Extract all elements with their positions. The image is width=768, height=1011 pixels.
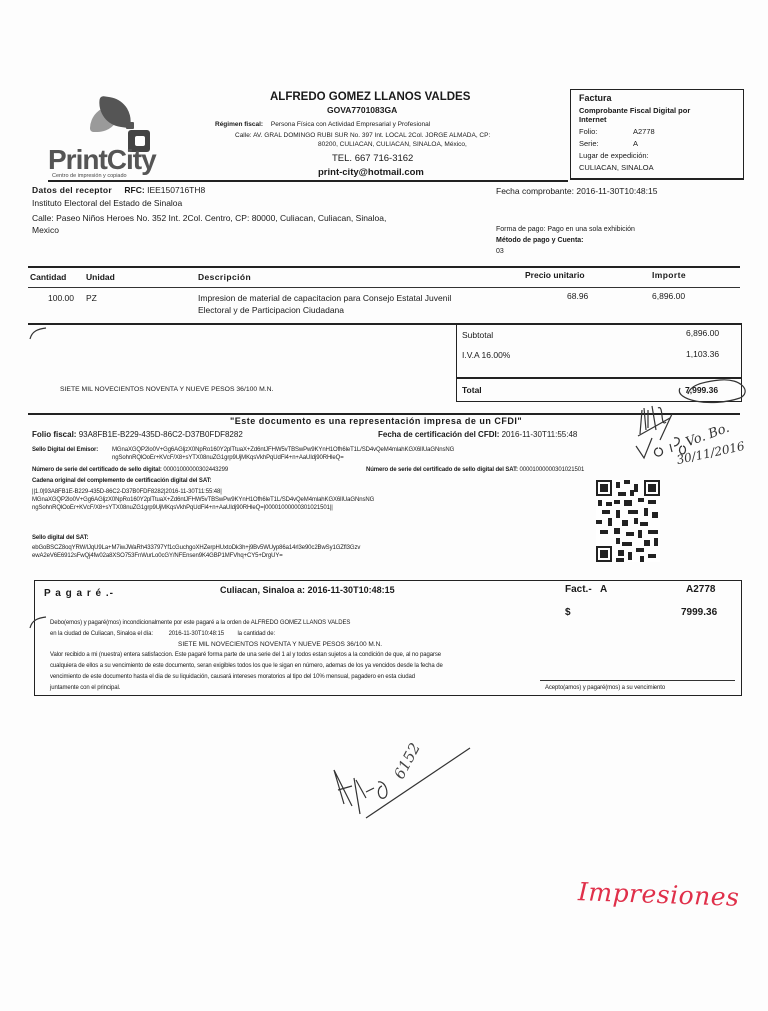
issuer-address-1: Calle: AV. GRAL DOMINGO RUBI SUR No. 397… (235, 132, 490, 139)
folio-fiscal-value: 93A8FB1E-B229-435D-86C2-D37B0FDF8282 (79, 430, 243, 439)
lugar-label: Lugar de expedición: (579, 151, 649, 160)
signature-line (540, 680, 735, 681)
serie-certificado-label: Número de serie del certificado de sello… (32, 467, 162, 473)
col-header-precio: Precio unitario (525, 270, 585, 280)
invoice-title: Factura (579, 93, 612, 103)
pagare-line2-prefix: en la ciudad de Culiacan, Sinaloa el día… (50, 631, 153, 637)
col-header-cantidad: Cantidad (30, 272, 66, 282)
iva-value: 1,103.36 (686, 349, 719, 359)
receiver-country: Mexico (32, 225, 59, 235)
col-header-descripcion: Descripción (198, 272, 251, 282)
forma-pago: Forma de pago: Pago en una sola exhibici… (496, 226, 635, 233)
row-importe: 6,896.00 (652, 291, 685, 301)
pagare-currency: $ (565, 607, 571, 618)
pagare-place-date: Culiacan, Sinaloa a: 2016-11-30T10:48:15 (220, 585, 395, 595)
lugar-value: CULIACAN, SINALOA (579, 163, 654, 172)
receiver-name: Instituto Electoral del Estado de Sinalo… (32, 198, 182, 208)
fecha-comprobante-value: 2016-11-30T10:48:15 (576, 186, 657, 196)
pagare-line2-date: 2016-11-30T10:48:15 (169, 631, 224, 637)
folio-fiscal: Folio fiscal: 93A8FB1E-B229-435D-86C2-D3… (32, 430, 243, 439)
logo-underline (48, 180, 568, 182)
table-header-rule (28, 287, 740, 288)
row-precio: 68.96 (567, 291, 588, 301)
logo-wordmark: PrintCity (48, 144, 156, 176)
serie-value: A (633, 139, 638, 148)
serie-certificado-sat-label: Número de serie del certificado de sello… (366, 467, 518, 473)
receiver-section-label: Datos del receptor (32, 185, 112, 195)
folio-label: Folio: (579, 127, 597, 136)
row-cantidad: 100.00 (48, 293, 74, 303)
sello-sat-label: Sello digital del SAT: (32, 535, 88, 541)
serie-certificado-value: 00001000000302443299 (163, 467, 228, 473)
serie-certificado: Número de serie del certificado de sello… (32, 467, 228, 473)
serie-certificado-sat: Número de serie del certificado de sello… (366, 467, 584, 473)
metodo-pago-value: 03 (496, 248, 504, 255)
issuer-logo: PrintCity Centro de impresión y copiado (48, 96, 198, 176)
issuer-name: ALFREDO GOMEZ LLANOS VALDES (270, 91, 470, 103)
metodo-pago-label: Método de pago y Cuenta: (496, 237, 584, 244)
sello-emisor-line1: MGnaXGQP2lo0V+Gg6AGljzX0NpRo160Y2plTtuaX… (112, 447, 454, 453)
serie-certificado-sat-value: 00001000000301021501 (519, 467, 584, 473)
table-top-rule (28, 266, 740, 268)
signature-caption: Acepto(amos) y pagaré(mos) a su vencimie… (545, 685, 665, 691)
pagare-line1: Debo(emos) y pagaré(mos) incondicionalme… (50, 620, 350, 626)
sello-sat-line1: ebGoBSCZ8oqYRW/lJqU9La+M7iwJWaRh433797Yf… (32, 545, 360, 551)
fecha-comprobante-label: Fecha comprobante: (496, 186, 574, 196)
scan-mark-left-1 (28, 325, 48, 345)
cfdi-heading: "Este documento es una representación im… (230, 416, 522, 426)
pagare-title: P a g a r é .- (44, 588, 114, 599)
forma-pago-value: Pago en una sola exhibición (547, 226, 635, 233)
cadena-label: Cadena original del complemento de certi… (32, 478, 211, 484)
pagare-line2-suffix: la cantidad de: (238, 631, 276, 637)
logo-tagline: Centro de impresión y copiado (52, 173, 127, 179)
row-descripcion-2: Electoral y de Participacion Ciudadana (198, 305, 344, 315)
issuer-address-2: 80200, CULIACAN, CULIACAN, SINALOA, Méxi… (318, 141, 467, 148)
handwritten-impresiones: Impresiones (578, 877, 740, 912)
regimen-label: Régimen fiscal: (215, 121, 263, 128)
pagare-amount: 7999.36 (681, 607, 717, 618)
invoice-subtitle: Comprobante Fiscal Digital por Internet (579, 106, 709, 124)
pagare-fact-label: Fact.- (565, 584, 592, 595)
sello-emisor-line2: ngSohnRQlOoEr+KVcF/X8+sYTX08nuZG1grp9UjM… (112, 455, 344, 461)
pagare-body1: Valor recibido a mi (nuestra) entera sat… (50, 652, 441, 658)
serie-label: Serie: (579, 139, 599, 148)
fecha-comprobante: Fecha comprobante: 2016-11-30T10:48:15 (496, 186, 657, 196)
sello-emisor-label: Sello Digital del Emisor: (32, 447, 98, 453)
fecha-certificacion-label: Fecha de certificación del CFDI: (378, 430, 499, 439)
iva-label: I.V.A 16.00% (462, 350, 510, 360)
row-unidad: PZ (86, 293, 97, 303)
subtotal-label: Subtotal (462, 330, 493, 340)
approval-note: Vo. Bo. 30/11/2016 (630, 400, 765, 470)
subtotal-value: 6,896.00 (686, 328, 719, 338)
pagare-fact-folio: A2778 (686, 584, 715, 595)
pagare-amount-words: SIETE MIL NOVECIENTOS NOVENTA Y NUEVE PE… (178, 641, 382, 648)
regimen-value: Persona Física con Actividad Empresarial… (271, 121, 430, 128)
issuer-rfc: GOVA7701083GA (327, 105, 397, 115)
scan-mark-left-2 (28, 614, 48, 634)
receiver-rfc-label: RFC: (124, 185, 144, 195)
total-label: Total (462, 385, 482, 395)
pagare-line2: en la ciudad de Culiacan, Sinaloa el día… (50, 631, 275, 637)
pagare-body3: vencimiento de este documento hasta el d… (50, 674, 415, 680)
fecha-certificacion-value: 2016-11-30T11:55:48 (502, 430, 578, 439)
cadena-line2: MGnaXGQP2lo0V+Gg6AGljzX0NpRo160Y2plTtuaX… (32, 497, 374, 503)
col-header-importe: Importe (652, 270, 686, 280)
receiver-header: Datos del receptor RFC: IEE150716TH8 (32, 185, 205, 195)
receiver-rfc-value: IEE150716TH8 (147, 185, 205, 195)
pagare-body2: cualquiera de ellos a su vencimiento de … (50, 663, 443, 669)
receiver-address: Calle: Paseo Niños Heroes No. 352 Int. 2… (32, 213, 386, 223)
forma-pago-label: Forma de pago: (496, 226, 545, 233)
sello-sat-line2: ewA2eV6E6912sFwQj4fw02a8XSO753FnWurLo0cG… (32, 553, 283, 559)
fecha-certificacion: Fecha de certificación del CFDI: 2016-11… (378, 430, 577, 439)
amount-in-words: SIETE MIL NOVECIENTOS NOVENTA Y NUEVE PE… (60, 386, 273, 393)
col-header-unidad: Unidad (86, 272, 115, 282)
row-descripcion-1: Impresion de material de capacitacion pa… (198, 293, 451, 303)
folio-fiscal-label: Folio fiscal: (32, 430, 76, 439)
qr-code (596, 480, 660, 562)
issuer-phone: TEL. 667 716-3162 (332, 153, 413, 164)
folio-value: A2778 (633, 127, 655, 136)
total-circle-mark (670, 374, 750, 410)
table-bottom-rule (28, 323, 458, 325)
pagare-fact-serie: A (600, 584, 607, 595)
invoice-info-box: Factura Comprobante Fiscal Digital por I… (570, 89, 744, 180)
cadena-line1: ||1.0|93A8FB1E-B229-435D-86C2-D37B0FDF82… (32, 489, 222, 495)
pagare-body4: juntamente con el principal. (50, 685, 120, 691)
issuer-email: print-city@hotmail.com (318, 167, 424, 178)
regimen-row: Régimen fiscal: Persona Física con Activ… (215, 121, 430, 128)
cadena-line3: ngSohnRQlOoEr+KVcF/X8+sYTX08nuZG1grp9UjM… (32, 505, 333, 511)
